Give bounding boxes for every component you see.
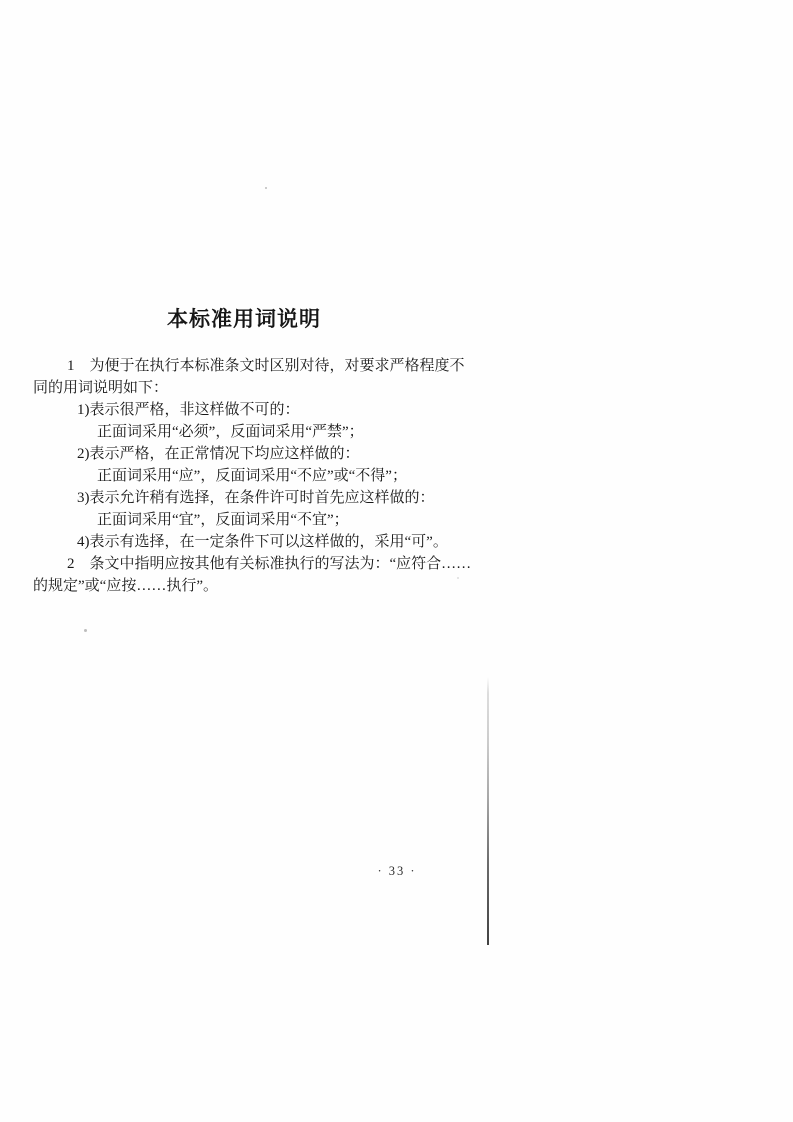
text-line: 同的用词说明如下： [33, 377, 463, 399]
scan-line-artifact [487, 677, 489, 945]
text-line: 2 条文中指明应按其他有关标准执行的写法为：“应符合…… [33, 553, 463, 575]
text-line: 2)表示严格，在正常情况下均应这样做的： [33, 443, 463, 465]
text-line: 1 为便于在执行本标准条文时区别对待，对要求严格程度不 [33, 355, 463, 377]
text-line: 正面词采用“宜”，反面词采用“不宜”； [33, 509, 463, 531]
text-line: 4)表示有选择，在一定条件下可以这样做的，采用“可”。 [33, 531, 463, 553]
text-line: 1)表示很严格，非这样做不可的： [33, 399, 463, 421]
scan-speck [457, 577, 459, 579]
text-line: 正面词采用“必须”，反面词采用“严禁”； [33, 421, 463, 443]
text-line: 的规定”或“应按……执行”。 [33, 575, 463, 597]
scanned-document-page: 本标准用词说明 1 为便于在执行本标准条文时区别对待，对要求严格程度不同的用词说… [0, 0, 793, 1122]
page-title: 本标准用词说明 [167, 303, 321, 333]
scan-speck [84, 629, 87, 632]
body-text: 1 为便于在执行本标准条文时区别对待，对要求严格程度不同的用词说明如下：1)表示… [33, 355, 463, 597]
page-number: · 33 · [347, 864, 447, 879]
scan-speck [265, 187, 267, 189]
text-line: 正面词采用“应”，反面词采用“不应”或“不得”； [33, 465, 463, 487]
text-line: 3)表示允许稍有选择，在条件许可时首先应这样做的： [33, 487, 463, 509]
